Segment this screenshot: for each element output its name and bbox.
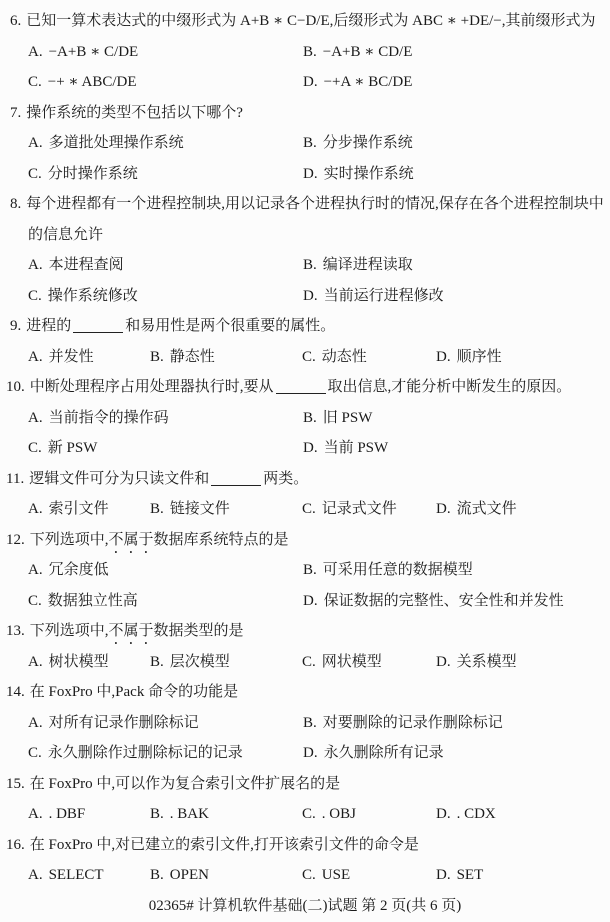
option-text: 静态性 [170,349,215,365]
stem-text: 两类。 [263,471,308,487]
option-text: 层次模型 [170,654,230,670]
option-label: D. [303,74,318,90]
option-text: 可采用任意的数据模型 [323,562,473,578]
option-text: 分步操作系统 [323,135,413,151]
option: D.顺序性 [436,342,502,373]
option: C.新 PSW [28,433,97,464]
option: A.当前指令的操作码 [28,403,169,434]
option: C.动态性 [302,342,367,373]
question-number: 12. [6,532,25,548]
question-number: 11. [6,471,24,487]
option-text: . BAK [170,806,209,822]
option: A.SELECT [28,860,104,891]
option: D.永久删除所有记录 [303,738,444,769]
option: A.. DBF [28,799,85,830]
option-label: D. [436,867,451,883]
option-label: A. [28,257,43,273]
stem-text: 数据类型的是 [154,623,244,639]
option-text: 链接文件 [170,501,230,517]
option-text: 索引文件 [49,501,109,517]
question-number: 14. [6,684,25,700]
option-text: 对所有记录作删除标记 [49,715,199,731]
options-row: A.本进程查阅B.编译进程读取 [0,250,610,281]
option-label: B. [150,654,164,670]
option: B.静态性 [150,342,215,373]
option-text: SET [457,867,484,883]
option-text: 分时操作系统 [48,166,138,182]
option-text: 数据独立性高 [48,593,138,609]
option-text: . DBF [49,806,86,822]
question-number: 10. [6,379,25,395]
option: B.. BAK [150,799,209,830]
option: D.SET [436,860,483,891]
options-row: A.SELECTB.OPENC.USED.SET [0,860,610,891]
option-label: C. [28,288,42,304]
option: A.树状模型 [28,647,109,678]
stem-text: 逻辑文件可分为只读文件和 [29,471,209,487]
option: C.永久删除作过删除标记的记录 [28,738,243,769]
option: C.分时操作系统 [28,159,138,190]
options-row: C.−+ ∗ ABC/DED.−+A ∗ BC/DE [0,67,610,98]
stem-text: 每个进程都有一个进程控制块,用以记录各个进程执行时的情况,保存在各个进程控制块中 [26,196,604,212]
question-stem: 13.下列选项中,不属于数据类型的是 [0,616,610,647]
option: D.保证数据的完整性、安全性和并发性 [303,586,564,617]
question-number: 9. [10,318,21,334]
option-label: C. [302,654,316,670]
question-number: 8. [10,196,21,212]
option: D.. CDX [436,799,496,830]
stem-text: 不属于 [109,623,154,639]
options-row: C.操作系统修改D.当前运行进程修改 [0,281,610,312]
option: D.当前运行进程修改 [303,281,444,312]
option-text: 新 PSW [48,440,98,456]
option-text: −+A ∗ BC/DE [324,74,413,90]
question-stem: 16.在 FoxPro 中,对已建立的索引文件,打开该索引文件的命令是 [0,830,610,861]
option-label: D. [303,593,318,609]
option-text: 动态性 [322,349,367,365]
option-label: A. [28,349,43,365]
option-label: D. [436,806,451,822]
blank-underline [211,471,261,486]
options-row: A.索引文件B.链接文件C.记录式文件D.流式文件 [0,494,610,525]
option: D.关系模型 [436,647,517,678]
option-text: −A+B ∗ C/DE [49,44,139,60]
option-text: 旧 PSW [323,410,373,426]
option-text: OPEN [170,867,209,883]
stem-text: 进程的 [26,318,71,334]
question-number: 16. [6,837,25,853]
question-stem: 12.下列选项中,不属于数据库系统特点的是 [0,525,610,556]
option: A.−A+B ∗ C/DE [28,37,138,68]
question-stem: 8.每个进程都有一个进程控制块,用以记录各个进程执行时的情况,保存在各个进程控制… [0,189,610,220]
option: B.−A+B ∗ CD/E [303,37,412,68]
option: A.冗余度低 [28,555,109,586]
stem-text: 操作系统的类型不包括以下哪个? [26,105,243,121]
option-label: A. [28,501,43,517]
options-row: A.冗余度低B.可采用任意的数据模型 [0,555,610,586]
option: A.本进程查阅 [28,250,124,281]
option: B.链接文件 [150,494,230,525]
options-row: A.当前指令的操作码B.旧 PSW [0,403,610,434]
exam-page: 6.已知一算术表达式的中缀形式为 A+B ∗ C−D/E,后缀形式为 ABC ∗… [0,0,610,921]
option-label: C. [28,74,42,90]
option-label: B. [303,562,317,578]
option-text: 当前 PSW [324,440,389,456]
options-row: A.并发性B.静态性C.动态性D.顺序性 [0,342,610,373]
options-row: A.. DBFB.. BAKC.. OBJD.. CDX [0,799,610,830]
stem-text: 数据库系统特点的是 [154,532,289,548]
stem-text: 中断处理程序占用处理器执行时,要从 [30,379,274,395]
option-label: A. [28,562,43,578]
options-row: C.分时操作系统D.实时操作系统 [0,159,610,190]
option-label: D. [303,440,318,456]
option-label: B. [150,806,164,822]
option-label: A. [28,135,43,151]
options-row: A.−A+B ∗ C/DEB.−A+B ∗ CD/E [0,37,610,68]
option-label: D. [303,288,318,304]
option-text: 关系模型 [457,654,517,670]
option-label: D. [436,501,451,517]
option: C.数据独立性高 [28,586,138,617]
option: C.. OBJ [302,799,356,830]
option-text: 实时操作系统 [324,166,414,182]
option-text: 当前指令的操作码 [49,410,169,426]
option: D.流式文件 [436,494,517,525]
options-row: C.永久删除作过删除标记的记录D.永久删除所有记录 [0,738,610,769]
question-stem: 11.逻辑文件可分为只读文件和两类。 [0,464,610,495]
option-label: C. [28,593,42,609]
option-label: C. [302,349,316,365]
question-stem-continuation: 的信息允许 [0,220,610,251]
option: C.USE [302,860,350,891]
question-list: 6.已知一算术表达式的中缀形式为 A+B ∗ C−D/E,后缀形式为 ABC ∗… [0,6,610,891]
blank-underline [73,318,123,333]
option-label: B. [150,501,164,517]
blank-underline [276,379,326,394]
option: B.层次模型 [150,647,230,678]
question-number: 6. [10,13,21,29]
option-text: 保证数据的完整性、安全性和并发性 [324,593,564,609]
question-stem: 14.在 FoxPro 中,Pack 命令的功能是 [0,677,610,708]
option-text: −A+B ∗ CD/E [323,44,413,60]
option: C.记录式文件 [302,494,397,525]
option-label: A. [28,715,43,731]
option-text: 多道批处理操作系统 [49,135,184,151]
option-label: A. [28,410,43,426]
option-text: 并发性 [49,349,94,365]
option-label: C. [302,867,316,883]
option-label: B. [150,867,164,883]
option: A.多道批处理操作系统 [28,128,184,159]
stem-text: 和易用性是两个很重要的属性。 [125,318,335,334]
stem-text: 的信息允许 [28,227,103,243]
option-label: C. [28,440,42,456]
option-label: B. [303,44,317,60]
option-text: 网状模型 [322,654,382,670]
option-label: B. [303,410,317,426]
option: B.可采用任意的数据模型 [303,555,473,586]
option-text: 操作系统修改 [48,288,138,304]
question-stem: 10.中断处理程序占用处理器执行时,要从取出信息,才能分析中断发生的原因。 [0,372,610,403]
option-text: 当前运行进程修改 [324,288,444,304]
options-row: C.新 PSWD.当前 PSW [0,433,610,464]
option-label: B. [303,715,317,731]
stem-text: 在 FoxPro 中,对已建立的索引文件,打开该索引文件的命令是 [30,837,419,853]
option-label: C. [302,501,316,517]
option: A.并发性 [28,342,94,373]
option-label: D. [436,654,451,670]
question-stem: 9.进程的和易用性是两个很重要的属性。 [0,311,610,342]
option: D.−+A ∗ BC/DE [303,67,412,98]
stem-text: 取出信息,才能分析中断发生的原因。 [328,379,572,395]
option: B.分步操作系统 [303,128,413,159]
stem-text: 在 FoxPro 中,Pack 命令的功能是 [30,684,238,700]
option-text: −+ ∗ ABC/DE [48,74,137,90]
option: D.实时操作系统 [303,159,414,190]
option-label: D. [436,349,451,365]
option: B.旧 PSW [303,403,372,434]
option-label: A. [28,654,43,670]
option-text: 树状模型 [49,654,109,670]
option-text: 本进程查阅 [49,257,124,273]
page-footer: 02365# 计算机软件基础(二)试题 第 2 页(共 6 页) [0,891,610,922]
option: A.对所有记录作删除标记 [28,708,199,739]
option-text: 流式文件 [457,501,517,517]
option: D.当前 PSW [303,433,388,464]
option-label: A. [28,44,43,60]
options-row: A.多道批处理操作系统B.分步操作系统 [0,128,610,159]
stem-text: 已知一算术表达式的中缀形式为 A+B ∗ C−D/E,后缀形式为 ABC ∗ +… [26,13,595,29]
options-row: A.树状模型B.层次模型C.网状模型D.关系模型 [0,647,610,678]
stem-text: 在 FoxPro 中,可以作为复合索引文件扩展名的是 [30,776,340,792]
stem-text: 下列选项中, [30,532,109,548]
option-label: B. [303,257,317,273]
option: B.OPEN [150,860,209,891]
option: C.网状模型 [302,647,382,678]
option: B.对要删除的记录作删除标记 [303,708,503,739]
option-text: 编译进程读取 [323,257,413,273]
question-stem: 15.在 FoxPro 中,可以作为复合索引文件扩展名的是 [0,769,610,800]
option-text: . OBJ [322,806,356,822]
option-text: 永久删除所有记录 [324,745,444,761]
option-label: D. [303,166,318,182]
option-text: 记录式文件 [322,501,397,517]
stem-text: 下列选项中, [30,623,109,639]
option-label: A. [28,867,43,883]
question-number: 13. [6,623,25,639]
option-label: C. [28,745,42,761]
question-stem: 7.操作系统的类型不包括以下哪个? [0,98,610,129]
option-label: C. [302,806,316,822]
option: C.−+ ∗ ABC/DE [28,67,137,98]
option-text: . CDX [457,806,496,822]
option-label: A. [28,806,43,822]
option-label: D. [303,745,318,761]
options-row: C.数据独立性高D.保证数据的完整性、安全性和并发性 [0,586,610,617]
option-text: 顺序性 [457,349,502,365]
stem-text: 不属于 [109,532,154,548]
option-text: 永久删除作过删除标记的记录 [48,745,243,761]
option-text: 对要删除的记录作删除标记 [323,715,503,731]
option-label: B. [303,135,317,151]
options-row: A.对所有记录作删除标记B.对要删除的记录作删除标记 [0,708,610,739]
question-number: 15. [6,776,25,792]
option: A.索引文件 [28,494,109,525]
option: B.编译进程读取 [303,250,413,281]
option-text: SELECT [49,867,104,883]
question-number: 7. [10,105,21,121]
option-label: C. [28,166,42,182]
question-stem: 6.已知一算术表达式的中缀形式为 A+B ∗ C−D/E,后缀形式为 ABC ∗… [0,6,610,37]
option-text: USE [322,867,350,883]
option-text: 冗余度低 [49,562,109,578]
option-label: B. [150,349,164,365]
option: C.操作系统修改 [28,281,138,312]
